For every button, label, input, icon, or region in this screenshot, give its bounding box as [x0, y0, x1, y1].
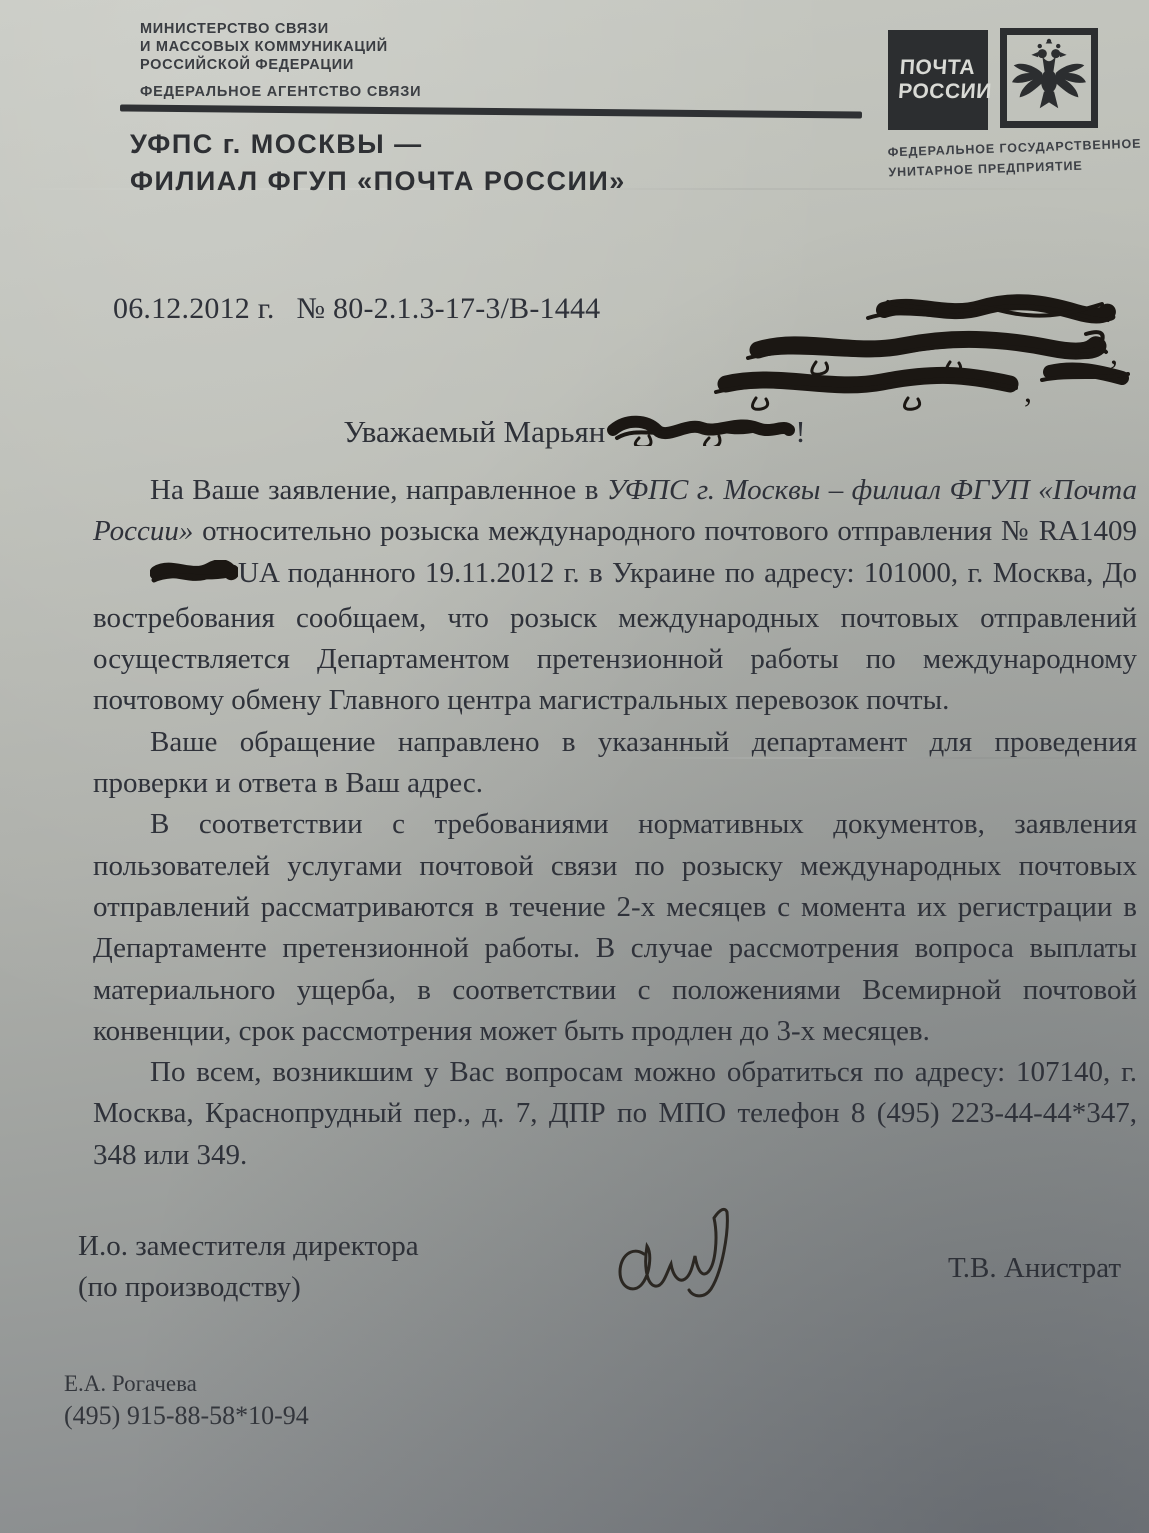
letterhead-divider-rule — [120, 104, 862, 118]
organization-name-line-2: ФИЛИАЛ ФГУП «ПОЧТА РОССИИ» — [130, 163, 626, 200]
pochta-rossii-logo: ПОЧТА РОССИИ — [888, 30, 988, 130]
recipient-redaction-block: , , — [698, 278, 1148, 418]
letter-date: 06.12.2012 г. — [113, 292, 275, 325]
salutation: Уважаемый Марьян ! — [0, 412, 1149, 454]
postal-eagle-emblem — [1000, 28, 1098, 128]
letter-number: № 80-2.1.3-17-3/В-1444 — [297, 292, 601, 325]
federal-agency-line: ФЕДЕРАЛЬНОЕ АГЕНТСТВО СВЯЗИ — [140, 84, 421, 100]
paragraph-1-seg3: UA поданного 19.11.2012 г. в Украине по … — [93, 557, 1137, 717]
redaction-scribble-icon: , , — [698, 278, 1148, 413]
ministry-block: МИНИСТЕРСТВО СВЯЗИ И МАССОВЫХ КОММУНИКАЦ… — [140, 20, 388, 74]
paragraph-3: В соответствии с требованиями нормативны… — [93, 804, 1137, 1052]
reference-line: 06.12.2012 г.№ 80-2.1.3-17-3/В-1444 — [113, 292, 600, 326]
logo-word-rossii: РОССИИ — [897, 80, 992, 104]
ministry-line-1: МИНИСТЕРСТВО СВЯЗИ — [140, 20, 388, 38]
tracking-redaction-scribble-icon — [150, 560, 238, 586]
paragraph-1-seg1: На Ваше заявление, направленное в — [150, 474, 607, 506]
paragraph-1-seg2: относительно розыска международного почт… — [193, 515, 1137, 547]
paragraph-2: Ваше обращение направлено в указанный де… — [93, 722, 1137, 805]
tracking-number-redaction — [93, 557, 238, 598]
letter-body: На Ваше заявление, направленное в УФПС г… — [93, 470, 1137, 1176]
fgup-caption: ФЕДЕРАЛЬНОЕ ГОСУДАРСТВЕННОЕ УНИТАРНОЕ ПР… — [887, 134, 1142, 183]
executor-block: Е.А. Рогачева (495) 915-88-58*10-94 — [64, 1368, 309, 1432]
pochta-rossii-logo-text: ПОЧТА РОССИИ — [886, 56, 994, 104]
organization-name: УФПС г. МОСКВЫ — ФИЛИАЛ ФГУП «ПОЧТА РОСС… — [130, 126, 626, 200]
organization-name-line-1: УФПС г. МОСКВЫ — — [130, 126, 626, 163]
double-headed-eagle-icon — [1007, 35, 1091, 121]
ministry-line-2: И МАССОВЫХ КОММУНИКАЦИЙ — [140, 38, 388, 56]
executor-name: Е.А. Рогачева — [64, 1368, 309, 1400]
paragraph-4: По всем, возникшим у Вас вопросам можно … — [93, 1052, 1137, 1176]
signatory-name: Т.В. Анистрат — [948, 1252, 1121, 1285]
salutation-prefix: Уважаемый Марьян — [343, 414, 605, 449]
salutation-name-redaction — [605, 412, 795, 454]
paragraph-1: На Ваше заявление, направленное в УФПС г… — [93, 470, 1137, 722]
logo-word-pochta: ПОЧТА — [899, 56, 994, 80]
salutation-suffix: ! — [795, 414, 805, 449]
ministry-line-3: РОССИЙСКОЙ ФЕДЕРАЦИИ — [140, 56, 388, 74]
recipient-line3-comma: , — [1024, 373, 1032, 409]
signatory-position-line-2: (по производству) — [78, 1267, 419, 1308]
name-redaction-scribble-icon — [605, 412, 795, 446]
signatory-position-line-1: И.о. заместителя директора — [78, 1226, 419, 1267]
recipient-line2-comma: , — [1110, 335, 1118, 371]
executor-phone: (495) 915-88-58*10-94 — [64, 1400, 309, 1432]
signatory-position: И.о. заместителя директора (по производс… — [78, 1226, 419, 1308]
signature-scrawl-icon — [608, 1198, 733, 1313]
handwritten-signature — [608, 1198, 733, 1318]
